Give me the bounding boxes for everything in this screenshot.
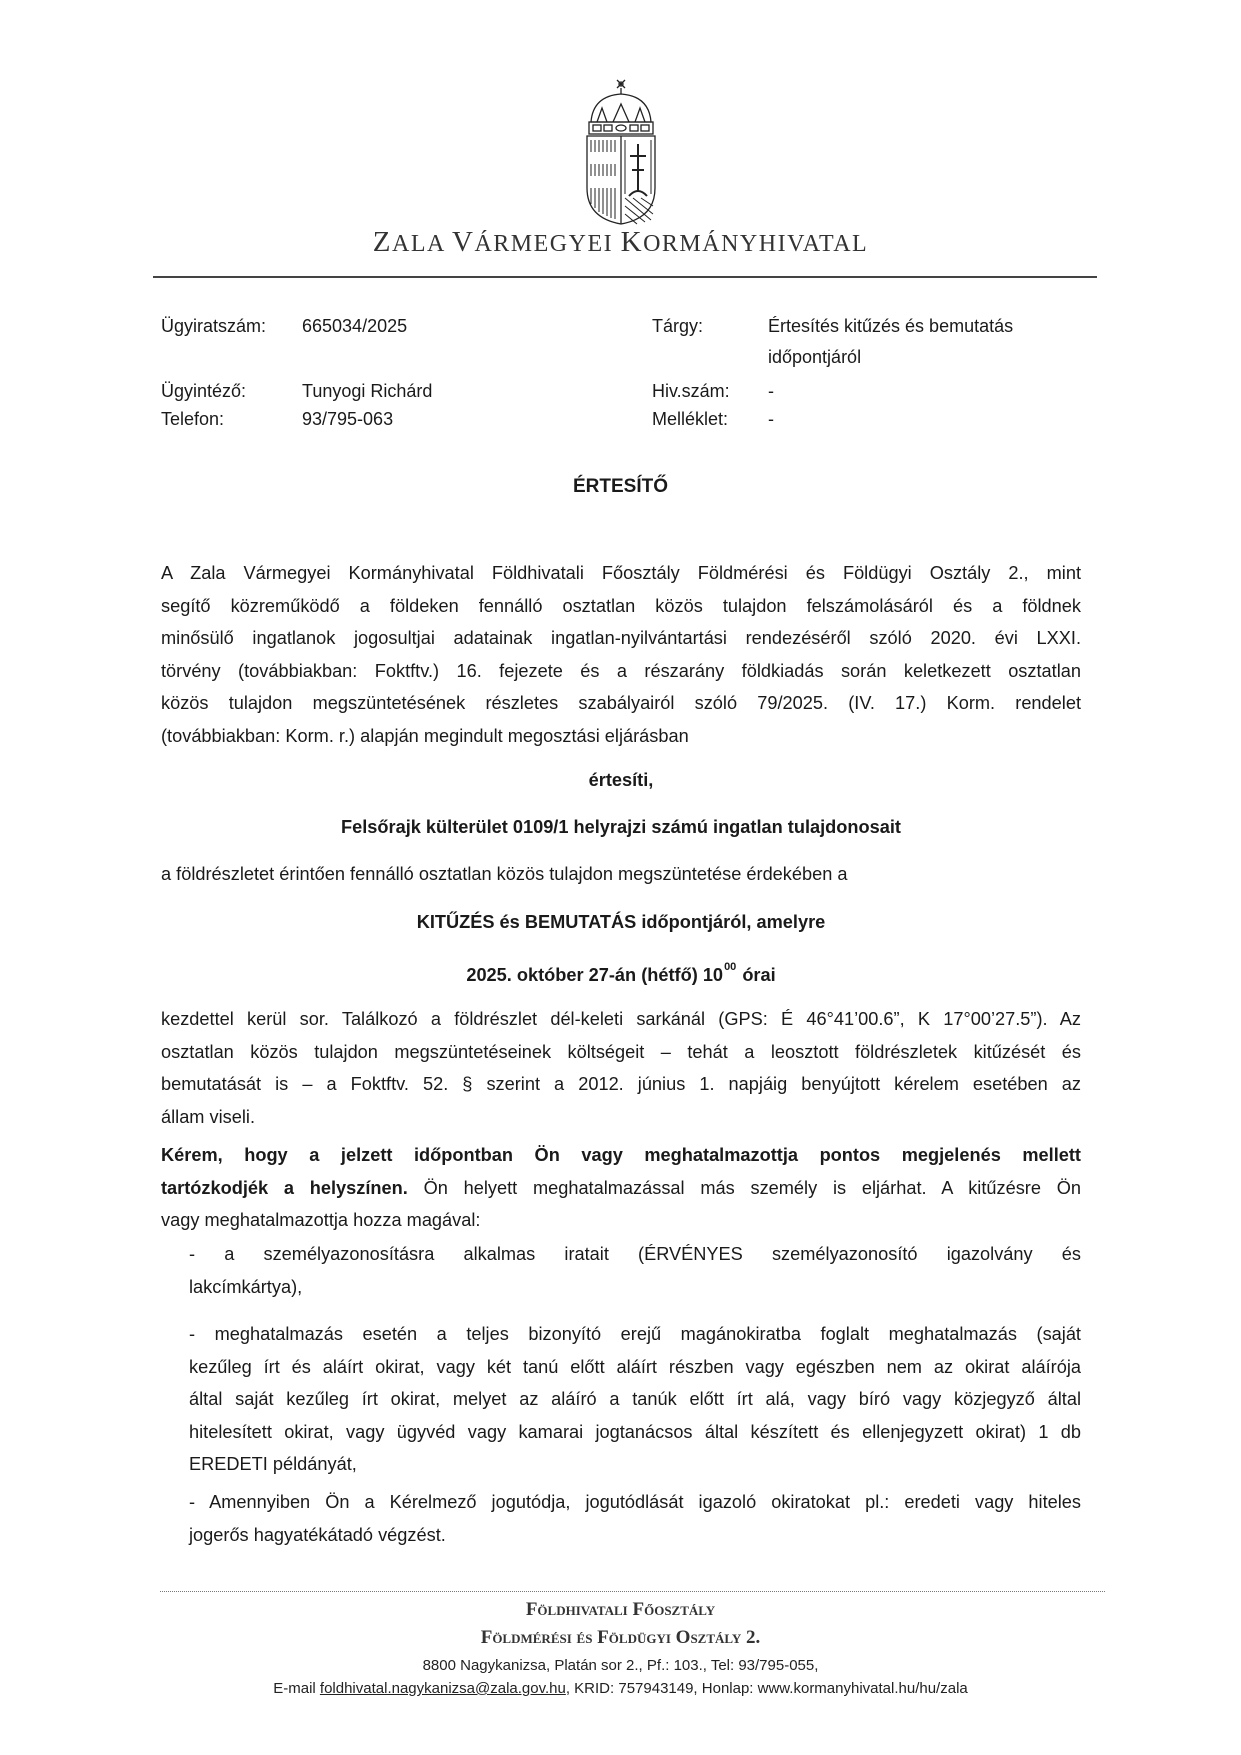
subject-line-1: Értesítés kitűzés és bemutatás — [768, 312, 1013, 340]
document-title: ÉRTESÍTŐ — [0, 476, 1241, 498]
attachment-value: - — [768, 405, 774, 433]
text-line: - meghatalmazás esetén a teljes bizonyít… — [189, 1318, 1081, 1351]
text-line: közös tulajdon megszüntetésének részlete… — [161, 687, 1081, 720]
text-line: kezűleg írt és aláírt okirat, vagy két t… — [189, 1351, 1081, 1384]
text-line: lakcímkártya), — [189, 1271, 1081, 1304]
phone-label: Telefon: — [161, 405, 224, 433]
footer-contact: E-mail foldhivatal.nagykanizsa@zala.gov.… — [0, 1680, 1241, 1697]
text-line: Kérem, hogy a jelzett időpontban Ön vagy… — [161, 1139, 1081, 1172]
owners-line: Felsőrajk külterület 0109/1 helyrajzi sz… — [161, 811, 1081, 844]
text-line: törvény (továbbiakban: Foktftv.) 16. fej… — [161, 655, 1081, 688]
text-line: osztatlan közös tulajdon megszüntetésein… — [161, 1036, 1081, 1069]
case-number-label: Ügyiratszám: — [161, 312, 266, 340]
text-line: (továbbiakban: Korm. r.) alapján megindu… — [161, 720, 1081, 753]
text-line: - a személyazonosításra alkalmas iratait… — [189, 1238, 1081, 1271]
text-line: állam viseli. — [161, 1101, 1081, 1134]
footer-address: 8800 Nagykanizsa, Platán sor 2., Pf.: 10… — [0, 1657, 1241, 1674]
coat-of-arms-icon — [583, 78, 659, 226]
request-bold: tartózkodjék a helyszínen. — [161, 1178, 408, 1198]
text-line: minősülő ingatlanok jogosultjai adataina… — [161, 622, 1081, 655]
reference-label: Hiv.szám: — [652, 377, 730, 405]
text-line: tartózkodjék a helyszínen. Ön helyett me… — [161, 1172, 1081, 1205]
footer-divider — [160, 1591, 1105, 1592]
case-number: 665034/2025 — [302, 312, 407, 340]
reference-value: - — [768, 377, 774, 405]
list-item: - meghatalmazás esetén a teljes bizonyít… — [189, 1318, 1081, 1481]
text-line: jogerős hagyatékátadó végzést. — [189, 1519, 1081, 1552]
text-line: bemutatását is – a Foktftv. 52. § szerin… — [161, 1068, 1081, 1101]
text-line: - Amennyiben Ön a Kérelmező jogutódja, j… — [189, 1486, 1081, 1519]
request-paragraph: Kérem, hogy a jelzett időpontban Ön vagy… — [161, 1139, 1081, 1237]
footer-department: Földhivatali Főosztály — [0, 1599, 1241, 1621]
text-line: által saját kezűleg írt okirat, melyet a… — [189, 1383, 1081, 1416]
notifies-line: értesíti, — [161, 764, 1081, 797]
phone-number: 93/795-063 — [302, 405, 393, 433]
event-date-suffix: órai — [742, 965, 775, 985]
event-line: KITŰZÉS és BEMUTATÁS időpontjáról, amely… — [161, 906, 1081, 939]
request-rest: Ön helyett meghatalmazással más személy … — [408, 1178, 1081, 1198]
list-item: - a személyazonosításra alkalmas iratait… — [189, 1238, 1081, 1303]
event-date: 2025. október 27-án (hétfő) 1000órai — [161, 955, 1081, 992]
details-paragraph: kezdettel kerül sor. Találkozó a földrés… — [161, 1003, 1081, 1133]
text-line: kezdettel kerül sor. Találkozó a földrés… — [161, 1003, 1081, 1036]
header-divider — [153, 276, 1097, 278]
email-link[interactable]: foldhivatal.nagykanizsa@zala.gov.hu — [320, 1680, 566, 1697]
subject-line-2: időpontjáról — [768, 343, 861, 371]
text-line: hitelesített okirat, vagy ügyvéd vagy ka… — [189, 1416, 1081, 1449]
subject-label: Tárgy: — [652, 312, 703, 340]
attachment-label: Melléklet: — [652, 405, 728, 433]
contact-rest: , KRID: 757943149, Honlap: www.kormanyhi… — [566, 1680, 968, 1697]
email-prefix: E-mail — [273, 1680, 320, 1697]
clerk-name: Tunyogi Richárd — [302, 377, 432, 405]
event-date-minutes: 00 — [724, 961, 736, 973]
text-line: EREDETI példányát, — [189, 1448, 1081, 1481]
list-item: - Amennyiben Ön a Kérelmező jogutódja, j… — [189, 1486, 1081, 1551]
footer-division: Földmérési és Földügyi Osztály 2. — [0, 1627, 1241, 1649]
intro-paragraph: A Zala Vármegyei Kormányhivatal Földhiva… — [161, 557, 1081, 752]
text-line: vagy meghatalmazottja hozza magával: — [161, 1204, 1081, 1237]
purpose-line: a földrészletet érintően fennálló osztat… — [161, 858, 1081, 891]
clerk-label: Ügyintéző: — [161, 377, 246, 405]
text-line: A Zala Vármegyei Kormányhivatal Földhiva… — [161, 557, 1081, 590]
agency-name: ZALA VÁRMEGYEI KORMÁNYHIVATAL — [0, 226, 1241, 259]
text-line: segítő közreműködő a földeken fennálló o… — [161, 590, 1081, 623]
event-date-main: 2025. október 27-án (hétfő) 10 — [466, 965, 723, 985]
